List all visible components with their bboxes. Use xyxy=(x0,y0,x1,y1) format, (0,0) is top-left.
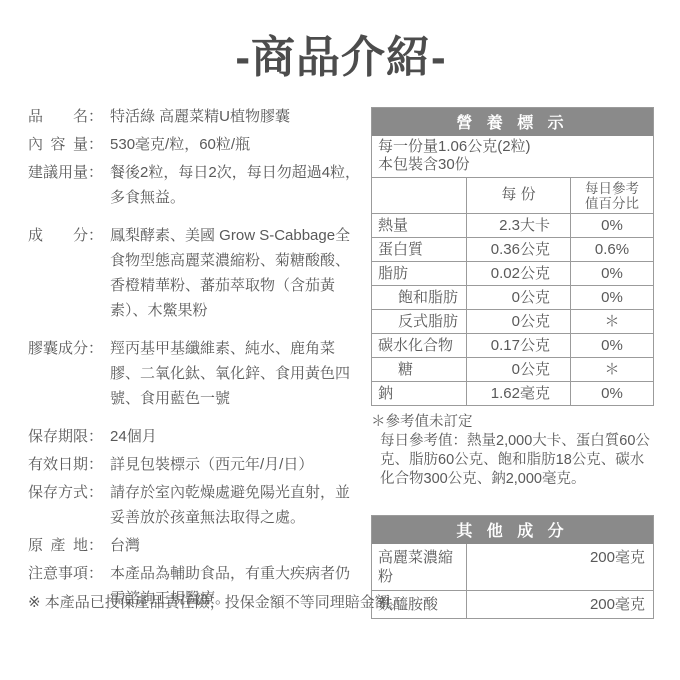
other-ingredient-row-glutamine: 麩醯胺酸 200毫克 xyxy=(372,591,653,618)
column-header-daily-value: 每日參考 值百分比 xyxy=(571,178,653,213)
info-label: 建議用量 xyxy=(28,160,88,210)
info-label: 原產地 xyxy=(28,533,88,558)
nutrient-dv: 0% xyxy=(571,286,653,309)
info-value: 特活綠 高麗菜精U植物膠囊 xyxy=(110,104,364,129)
info-value: 鳳梨酵素、美國 Grow S-Cabbage全食物型態高麗菜濃縮粉、菊糖酸酸、香… xyxy=(110,223,364,323)
nutrient-name: 糖 xyxy=(372,358,467,381)
nutrient-dv: ＊ xyxy=(571,310,653,333)
nutrient-amount: 0公克 xyxy=(467,358,571,381)
ingredient-amount: 200毫克 xyxy=(467,591,653,618)
nutrient-dv: 0% xyxy=(571,382,653,405)
info-colon: ： xyxy=(88,452,103,477)
info-row-shelf-life: 保存期限： 24個月 xyxy=(28,424,364,449)
info-value: 24個月 xyxy=(110,424,364,449)
info-row-storage-method: 保存方式： 請存於室內乾燥處避免陽光直射，並妥善放於孩童無法取得之處。 xyxy=(28,480,364,530)
info-label: 保存方式 xyxy=(28,480,88,530)
ingredient-amount: 200毫克 xyxy=(467,544,653,590)
info-value: 請存於室內乾燥處避免陽光直射，並妥善放於孩童無法取得之處。 xyxy=(110,480,364,530)
info-label: 保存期限 xyxy=(28,424,88,449)
info-colon: ： xyxy=(88,424,103,449)
nutrition-row-sugar: 糖 0公克 ＊ xyxy=(372,358,653,382)
info-row-product-name: 品名： 特活綠 高麗菜精U植物膠囊 xyxy=(28,104,364,129)
nutrition-row-sodium: 鈉 1.62毫克 0% xyxy=(372,382,653,405)
nutrient-name: 蛋白質 xyxy=(372,238,467,261)
disclaimer-note: ※ 本產品已投保產品責任險，投保金額不等同理賠金額。 xyxy=(28,592,405,614)
nutrition-row-fat: 脂肪 0.02公克 0% xyxy=(372,262,653,286)
serving-size: 每一份量1.06公克(2粒) xyxy=(378,138,647,156)
info-label: 成分 xyxy=(28,223,88,323)
nutrient-amount: 0.36公克 xyxy=(467,238,571,261)
nutrition-footnote: ＊參考值未訂定 每日參考值：熱量2,000大卡、蛋白質60公克、脂肪60公克、飽… xyxy=(371,413,654,489)
other-ingredients-title: 其 他 成 分 xyxy=(372,516,653,544)
other-ingredient-row-cabbage: 高麗菜濃縮粉 200毫克 xyxy=(372,544,653,591)
nutrition-column-header-row: 每 份 每日參考 值百分比 xyxy=(372,178,653,214)
info-colon: ： xyxy=(88,480,103,530)
info-row-expiry-date: 有效日期： 詳見包裝標示（西元年/月/日） xyxy=(28,452,364,477)
nutrient-amount: 0公克 xyxy=(467,286,571,309)
info-label: 內容量 xyxy=(28,132,88,157)
info-value: 羥丙基甲基纖維素、純水、鹿角菜膠、二氧化鈦、氧化鋅、食用黃色四號、食用藍色一號 xyxy=(110,336,364,411)
serving-info: 每一份量1.06公克(2粒) 本包裝含30份 xyxy=(372,136,653,178)
product-details: 品名： 特活綠 高麗菜精U植物膠囊 內容量： 530毫克/粒，60粒/瓶 建議用… xyxy=(28,104,364,614)
nutrient-dv: 0% xyxy=(571,262,653,285)
right-column: 營 養 標 示 每一份量1.06公克(2粒) 本包裝含30份 每 份 每日參考 … xyxy=(371,104,654,619)
nutrient-dv: 0% xyxy=(571,214,653,237)
other-ingredients-table: 其 他 成 分 高麗菜濃縮粉 200毫克 麩醯胺酸 200毫克 xyxy=(371,515,654,619)
info-value: 餐後2粒，每日2次，每日勿超過4粒，多食無益。 xyxy=(110,160,364,210)
page-title: -商品介紹- xyxy=(28,34,654,82)
info-label: 品名 xyxy=(28,104,88,129)
info-colon: ： xyxy=(88,104,103,129)
info-colon: ： xyxy=(88,336,103,411)
nutrient-dv: 0.6% xyxy=(571,238,653,261)
nutrient-name: 飽和脂肪 xyxy=(372,286,467,309)
ingredient-name: 高麗菜濃縮粉 xyxy=(372,544,467,590)
nutrient-amount: 1.62毫克 xyxy=(467,382,571,405)
nutrient-name: 鈉 xyxy=(372,382,467,405)
nutrition-table-title: 營 養 標 示 xyxy=(372,108,653,136)
info-colon: ： xyxy=(88,533,103,558)
info-row-capsule-ingredients: 膠囊成分： 羥丙基甲基纖維素、純水、鹿角菜膠、二氧化鈦、氧化鋅、食用黃色四號、食… xyxy=(28,336,364,411)
info-value: 台灣 xyxy=(110,533,364,558)
info-value: 詳見包裝標示（西元年/月/日） xyxy=(110,452,364,477)
footnote-line-2: 每日參考值：熱量2,000大卡、蛋白質60公克、脂肪60公克、飽和脂肪18公克、… xyxy=(371,432,654,489)
info-label: 膠囊成分 xyxy=(28,336,88,411)
nutrient-amount: 2.3大卡 xyxy=(467,214,571,237)
info-row-suggested-dosage: 建議用量： 餐後2粒，每日2次，每日勿超過4粒，多食無益。 xyxy=(28,160,364,210)
nutrient-amount: 0.02公克 xyxy=(467,262,571,285)
nutrition-row-trans-fat: 反式脂肪 0公克 ＊ xyxy=(372,310,653,334)
nutrient-amount: 0.17公克 xyxy=(467,334,571,357)
nutrition-facts-table: 營 養 標 示 每一份量1.06公克(2粒) 本包裝含30份 每 份 每日參考 … xyxy=(371,107,654,406)
nutrient-name: 碳水化合物 xyxy=(372,334,467,357)
column-header-blank xyxy=(372,178,467,213)
nutrient-amount: 0公克 xyxy=(467,310,571,333)
servings-per-pack: 本包裝含30份 xyxy=(378,156,647,174)
info-colon: ： xyxy=(88,132,103,157)
nutrient-name: 脂肪 xyxy=(372,262,467,285)
content-columns: 品名： 特活綠 高麗菜精U植物膠囊 內容量： 530毫克/粒，60粒/瓶 建議用… xyxy=(28,104,654,619)
nutrition-row-protein: 蛋白質 0.36公克 0.6% xyxy=(372,238,653,262)
column-header-per-serving: 每 份 xyxy=(467,178,571,213)
info-value: 530毫克/粒，60粒/瓶 xyxy=(110,132,364,157)
info-colon: ： xyxy=(88,223,103,323)
info-row-net-content: 內容量： 530毫克/粒，60粒/瓶 xyxy=(28,132,364,157)
nutrient-name: 反式脂肪 xyxy=(372,310,467,333)
nutrition-row-carbohydrate: 碳水化合物 0.17公克 0% xyxy=(372,334,653,358)
nutrient-dv: 0% xyxy=(571,334,653,357)
nutrition-row-saturated-fat: 飽和脂肪 0公克 0% xyxy=(372,286,653,310)
info-label: 有效日期 xyxy=(28,452,88,477)
nutrition-row-calories: 熱量 2.3大卡 0% xyxy=(372,214,653,238)
info-colon: ： xyxy=(88,160,103,210)
nutrient-name: 熱量 xyxy=(372,214,467,237)
nutrient-dv: ＊ xyxy=(571,358,653,381)
info-row-origin: 原產地： 台灣 xyxy=(28,533,364,558)
footnote-line-1: ＊參考值未訂定 xyxy=(371,413,654,432)
info-row-ingredients: 成分： 鳳梨酵素、美國 Grow S-Cabbage全食物型態高麗菜濃縮粉、菊糖… xyxy=(28,223,364,323)
product-introduction-page: -商品介紹- 品名： 特活綠 高麗菜精U植物膠囊 內容量： 530毫克/粒，60… xyxy=(0,0,680,680)
